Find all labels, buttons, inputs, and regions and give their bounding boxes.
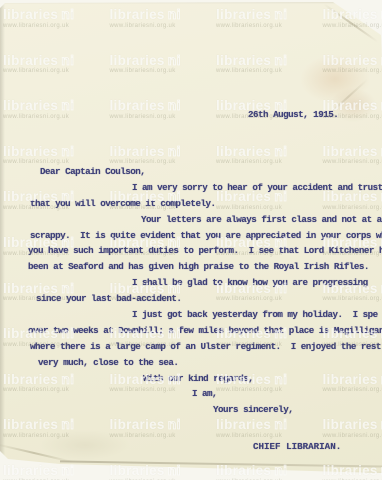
paper-stain	[300, 55, 370, 103]
letter-line: been at Seaford and has given high prais…	[28, 259, 382, 275]
letter-line: I shall be glad to know how you are prog…	[132, 275, 382, 291]
letter-line: very much, close to the sea.	[38, 355, 382, 371]
letter-paper: 26th August, 1915. Dear Captain Coulson,…	[0, 0, 382, 480]
letter-line: over two weeks at Downhill; a few miles …	[28, 323, 382, 339]
letter-line: I am,	[192, 386, 382, 402]
letter-line: Dear Captain Coulson,	[40, 164, 382, 180]
fold-crease	[0, 443, 73, 463]
letter-body-text: Dear Captain Coulson,I am very sorry to …	[0, 164, 382, 418]
letter-date: 26th August, 1915.	[248, 109, 338, 120]
watermark-ni-logo: ni	[61, 462, 74, 478]
paper-stain	[40, 430, 130, 460]
letter-line: Yours sincerely,	[213, 402, 382, 418]
paper-bottom-edge	[60, 460, 382, 467]
letter-line: scrappy. It is quite evident that you ar…	[30, 228, 382, 244]
letter-line: you have such important duties to perfor…	[28, 243, 382, 259]
letter-line: I am very sorry to hear of your accident…	[132, 180, 382, 196]
letter-line: that you will overcome it completely.	[30, 196, 382, 212]
letter-line: since your last bad-accident.	[36, 291, 382, 307]
scanned-letter-image: 26th August, 1915. Dear Captain Coulson,…	[0, 0, 382, 480]
letter-line: Your letters are always first class and …	[141, 212, 382, 228]
letter-line: With our kind regards,	[143, 371, 382, 387]
fold-crease	[324, 3, 379, 42]
letter-line: where there is a large camp of an Ulster…	[30, 339, 382, 355]
letter-signature: CHIEF LIBRARIAN.	[253, 441, 341, 452]
letter-line: I just got back yesterday from my holida…	[132, 307, 382, 323]
